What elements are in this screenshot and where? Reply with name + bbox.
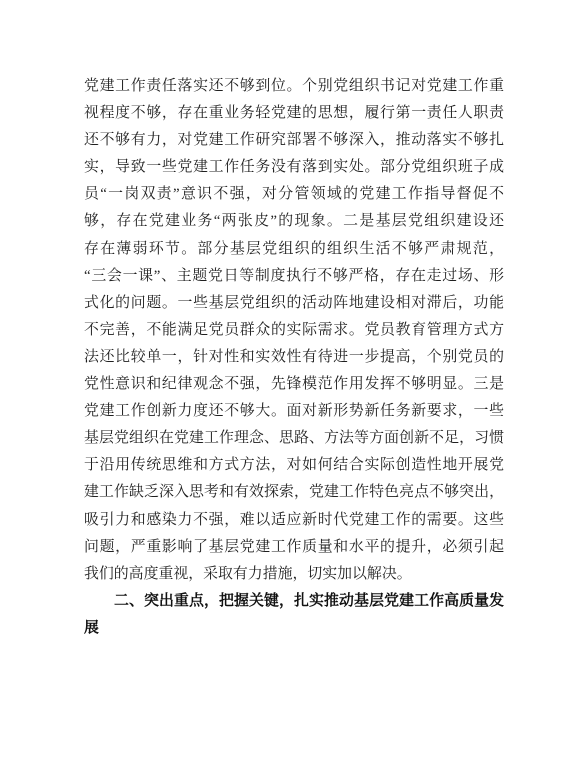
paragraph-line: 员“一岗双责”意识不强，对分管领域的党建工作指导督促不 <box>84 181 504 208</box>
paragraph-line: 实，导致一些党建工作任务没有落到实处。部分党组织班子成 <box>84 154 504 181</box>
section-heading: 二、突出重点，把握关键，扎实推动基层党建工作高质量发 展 <box>84 588 504 642</box>
paragraph-line: 存在薄弱环节。部分基层党组织的组织生活不够严肃规范， <box>84 236 504 263</box>
paragraph-line: 式化的问题。一些基层党组织的活动阵地建设相对滞后，功能 <box>84 290 504 317</box>
paragraph-line: 够，存在党建业务“两张皮”的现象。二是基层党组织建设还 <box>84 208 504 235</box>
section-heading-line: 二、突出重点，把握关键，扎实推动基层党建工作高质量发 <box>84 588 504 615</box>
paragraph-line: 我们的高度重视，采取有力措施，切实加以解决。 <box>84 561 504 588</box>
paragraph-line: “三会一课”、主题党日等制度执行不够严格，存在走过场、形 <box>84 263 504 290</box>
paragraph-line: 还不够有力，对党建工作研究部署不够深入，推动落实不够扎 <box>84 127 504 154</box>
paragraph-line: 建工作缺乏深入思考和有效探索，党建工作特色亮点不够突出， <box>84 479 504 506</box>
body-paragraph: 党建工作责任落实还不够到位。个别党组织书记对党建工作重 视程度不够，存在重业务轻… <box>84 73 504 588</box>
paragraph-line: 视程度不够，存在重业务轻党建的思想，履行第一责任人职责 <box>84 100 504 127</box>
paragraph-line: 不完善，不能满足党员群众的实际需求。党员教育管理方式方 <box>84 317 504 344</box>
paragraph-line: 党建工作责任落实还不够到位。个别党组织书记对党建工作重 <box>84 73 504 100</box>
paragraph-line: 于沿用传统思维和方式方法，对如何结合实际创造性地开展党 <box>84 452 504 479</box>
section-heading-line: 展 <box>84 615 504 642</box>
paragraph-line: 基层党组织在党建工作理念、思路、方法等方面创新不足，习惯 <box>84 425 504 452</box>
paragraph-line: 吸引力和感染力不强，难以适应新时代党建工作的需要。这些 <box>84 507 504 534</box>
document-page: 党建工作责任落实还不够到位。个别党组织书记对党建工作重 视程度不够，存在重业务轻… <box>0 0 586 759</box>
paragraph-line: 党性意识和纪律观念不强，先锋模范作用发挥不够明显。三是 <box>84 371 504 398</box>
paragraph-line: 法还比较单一，针对性和实效性有待进一步提高，个别党员的 <box>84 344 504 371</box>
document-text-block: 党建工作责任落实还不够到位。个别党组织书记对党建工作重 视程度不够，存在重业务轻… <box>84 73 504 642</box>
paragraph-line: 问题，严重影响了基层党建工作质量和水平的提升，必须引起 <box>84 534 504 561</box>
paragraph-line: 党建工作创新力度还不够大。面对新形势新任务新要求，一些 <box>84 398 504 425</box>
